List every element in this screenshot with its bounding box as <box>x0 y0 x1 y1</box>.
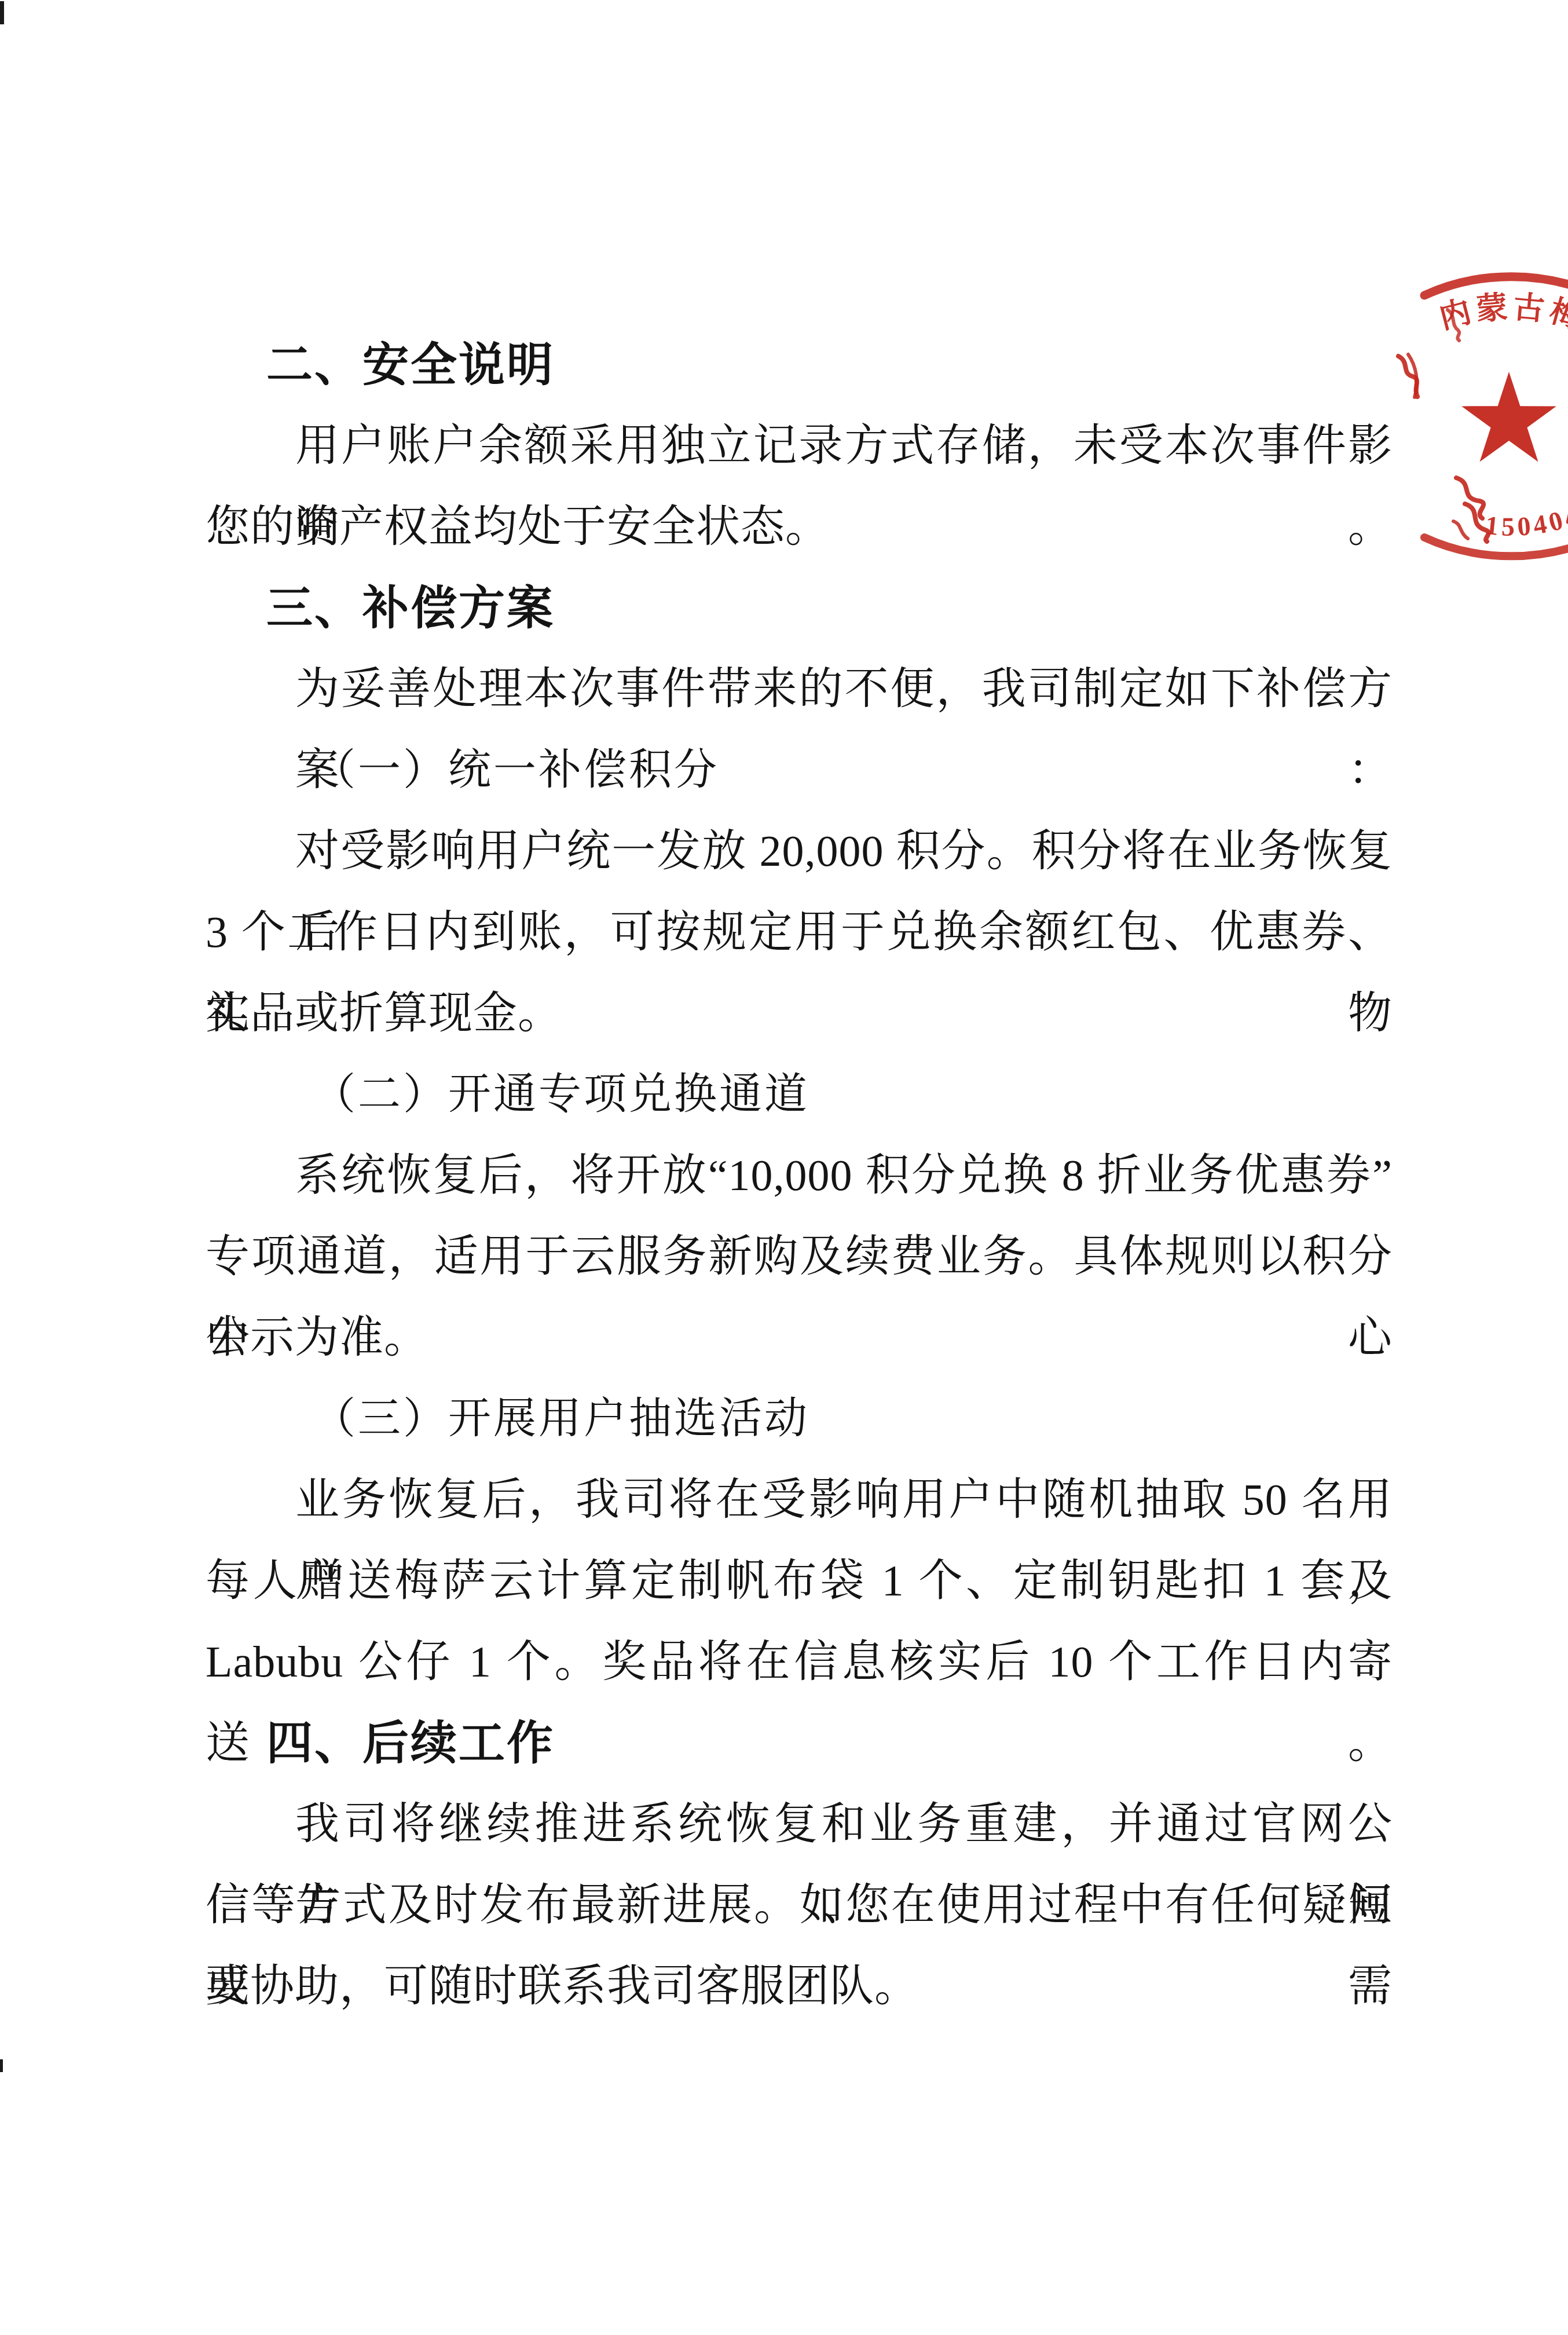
para-followup-line-2: 信等方式及时发布最新进展。如您在使用过程中有任何疑问或需 <box>206 1865 1393 1946</box>
para-redeem-line-2: 专项通道，适用于云服务新购及续费业务。具体规则以积分中心 <box>206 1216 1393 1297</box>
heading-section-3: 三、补偿方案 <box>206 568 1393 649</box>
para-lottery-line-3: Labubu 公仔 1 个。奖品将在信息核实后 10 个工作日内寄送。 <box>206 1622 1393 1703</box>
svg-text:1504041: 1504041 <box>1484 493 1568 541</box>
scan-artifact <box>0 1 4 24</box>
subheading-item-2: （二）开通专项兑换通道 <box>206 1054 1393 1135</box>
stamp-serial-number: 1504041 <box>1484 493 1568 541</box>
para-lottery-line-1: 业务恢复后，我司将在受影响用户中随机抽取 50 名用户， <box>206 1459 1393 1540</box>
para-followup-line-1: 我司将继续推进系统恢复和业务重建，并通过官网公告、短 <box>206 1784 1393 1865</box>
document-body: 二、安全说明 用户账户余额采用独立记录方式存储，未受本次事件影响。 您的资产权益… <box>206 324 1393 2027</box>
para-compensation-intro: 为妥善处理本次事件带来的不便，我司制定如下补偿方案： <box>206 649 1393 730</box>
para-redeem-line-1: 系统恢复后，将开放“10,000 积分兑换 8 折业务优惠券” <box>206 1135 1393 1216</box>
para-points-line-1: 对受影响用户统一发放 20,000 积分。积分将在业务恢复后 <box>206 811 1393 892</box>
official-seal-stamp: 内蒙古梅萨 1504041 <box>1349 243 1568 614</box>
subheading-item-3: （三）开展用户抽选活动 <box>206 1378 1393 1459</box>
document-page: 二、安全说明 用户账户余额采用独立记录方式存储，未受本次事件影响。 您的资产权益… <box>0 0 1568 2335</box>
stamp-star-icon <box>1461 372 1556 462</box>
para-points-line-2: 3 个工作日内到账，可按规定用于兑换余额红包、优惠券、实物 <box>206 892 1393 973</box>
para-security-line-1: 用户账户余额采用独立记录方式存储，未受本次事件影响。 <box>206 405 1393 486</box>
heading-section-2: 二、安全说明 <box>206 324 1393 405</box>
scan-artifact <box>0 2059 3 2072</box>
stamp-org-arc-text: 内蒙古梅萨 <box>1436 290 1568 352</box>
para-lottery-line-2: 每人赠送梅萨云计算定制帆布袋 1 个、定制钥匙扣 1 套及 <box>206 1540 1393 1622</box>
stamp-mongolian-script <box>1398 310 1489 541</box>
svg-text:内蒙古梅萨: 内蒙古梅萨 <box>1436 290 1568 352</box>
